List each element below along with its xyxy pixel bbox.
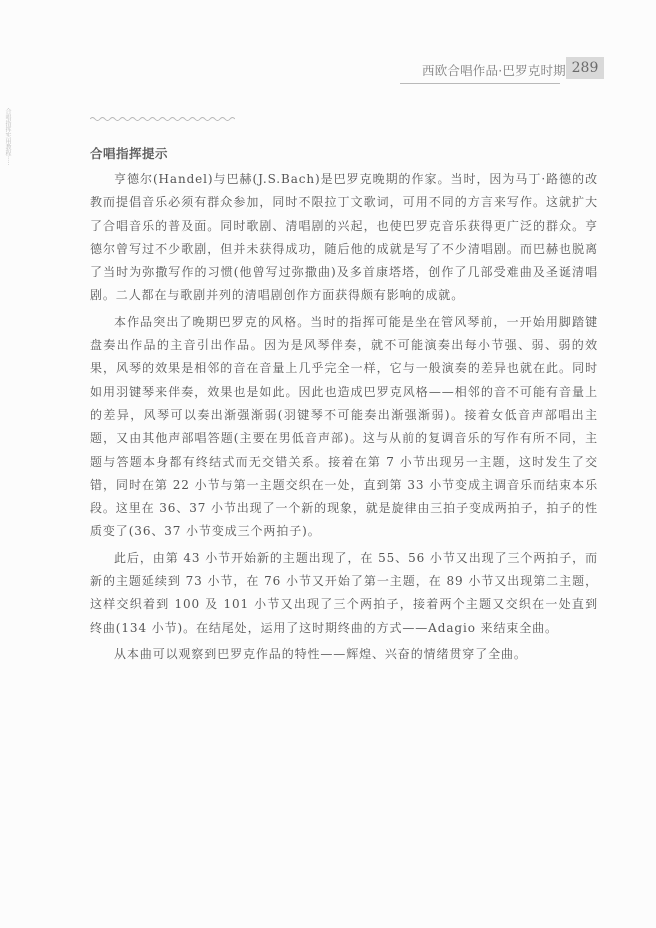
- page-header: 西欧合唱作品·巴罗克时期 289: [400, 55, 615, 83]
- decorative-wavy-divider: [90, 116, 235, 122]
- section-heading: 合唱指挥提示: [90, 144, 168, 162]
- paragraph-style-analysis: 本作品突出了晚期巴罗克的风格。当时的指挥可能是坐在管风琴前，一开始用脚踏键盘奏出…: [90, 311, 598, 544]
- header-rule: [400, 83, 560, 84]
- paragraph-composers: 亨德尔(Handel)与巴赫(J.S.Bach)是巴罗克晚期的作家。当时，因为马…: [90, 168, 598, 308]
- paragraph-conclusion: 从本曲可以观察到巴罗克作品的特性——辉煌、兴奋的情绪贯穿了全曲。: [90, 643, 598, 666]
- binding-edge-bleed-text: 合唱指挥实用教程·····: [3, 108, 11, 166]
- running-title: 西欧合唱作品·巴罗克时期: [422, 61, 566, 79]
- paragraph-structure: 此后，由第 43 小节开始新的主题出现了，在 55、56 小节又出现了三个两拍子…: [90, 547, 598, 640]
- body-text: 亨德尔(Handel)与巴赫(J.S.Bach)是巴罗克晚期的作家。当时，因为马…: [90, 168, 598, 669]
- page-number: 289: [566, 57, 604, 79]
